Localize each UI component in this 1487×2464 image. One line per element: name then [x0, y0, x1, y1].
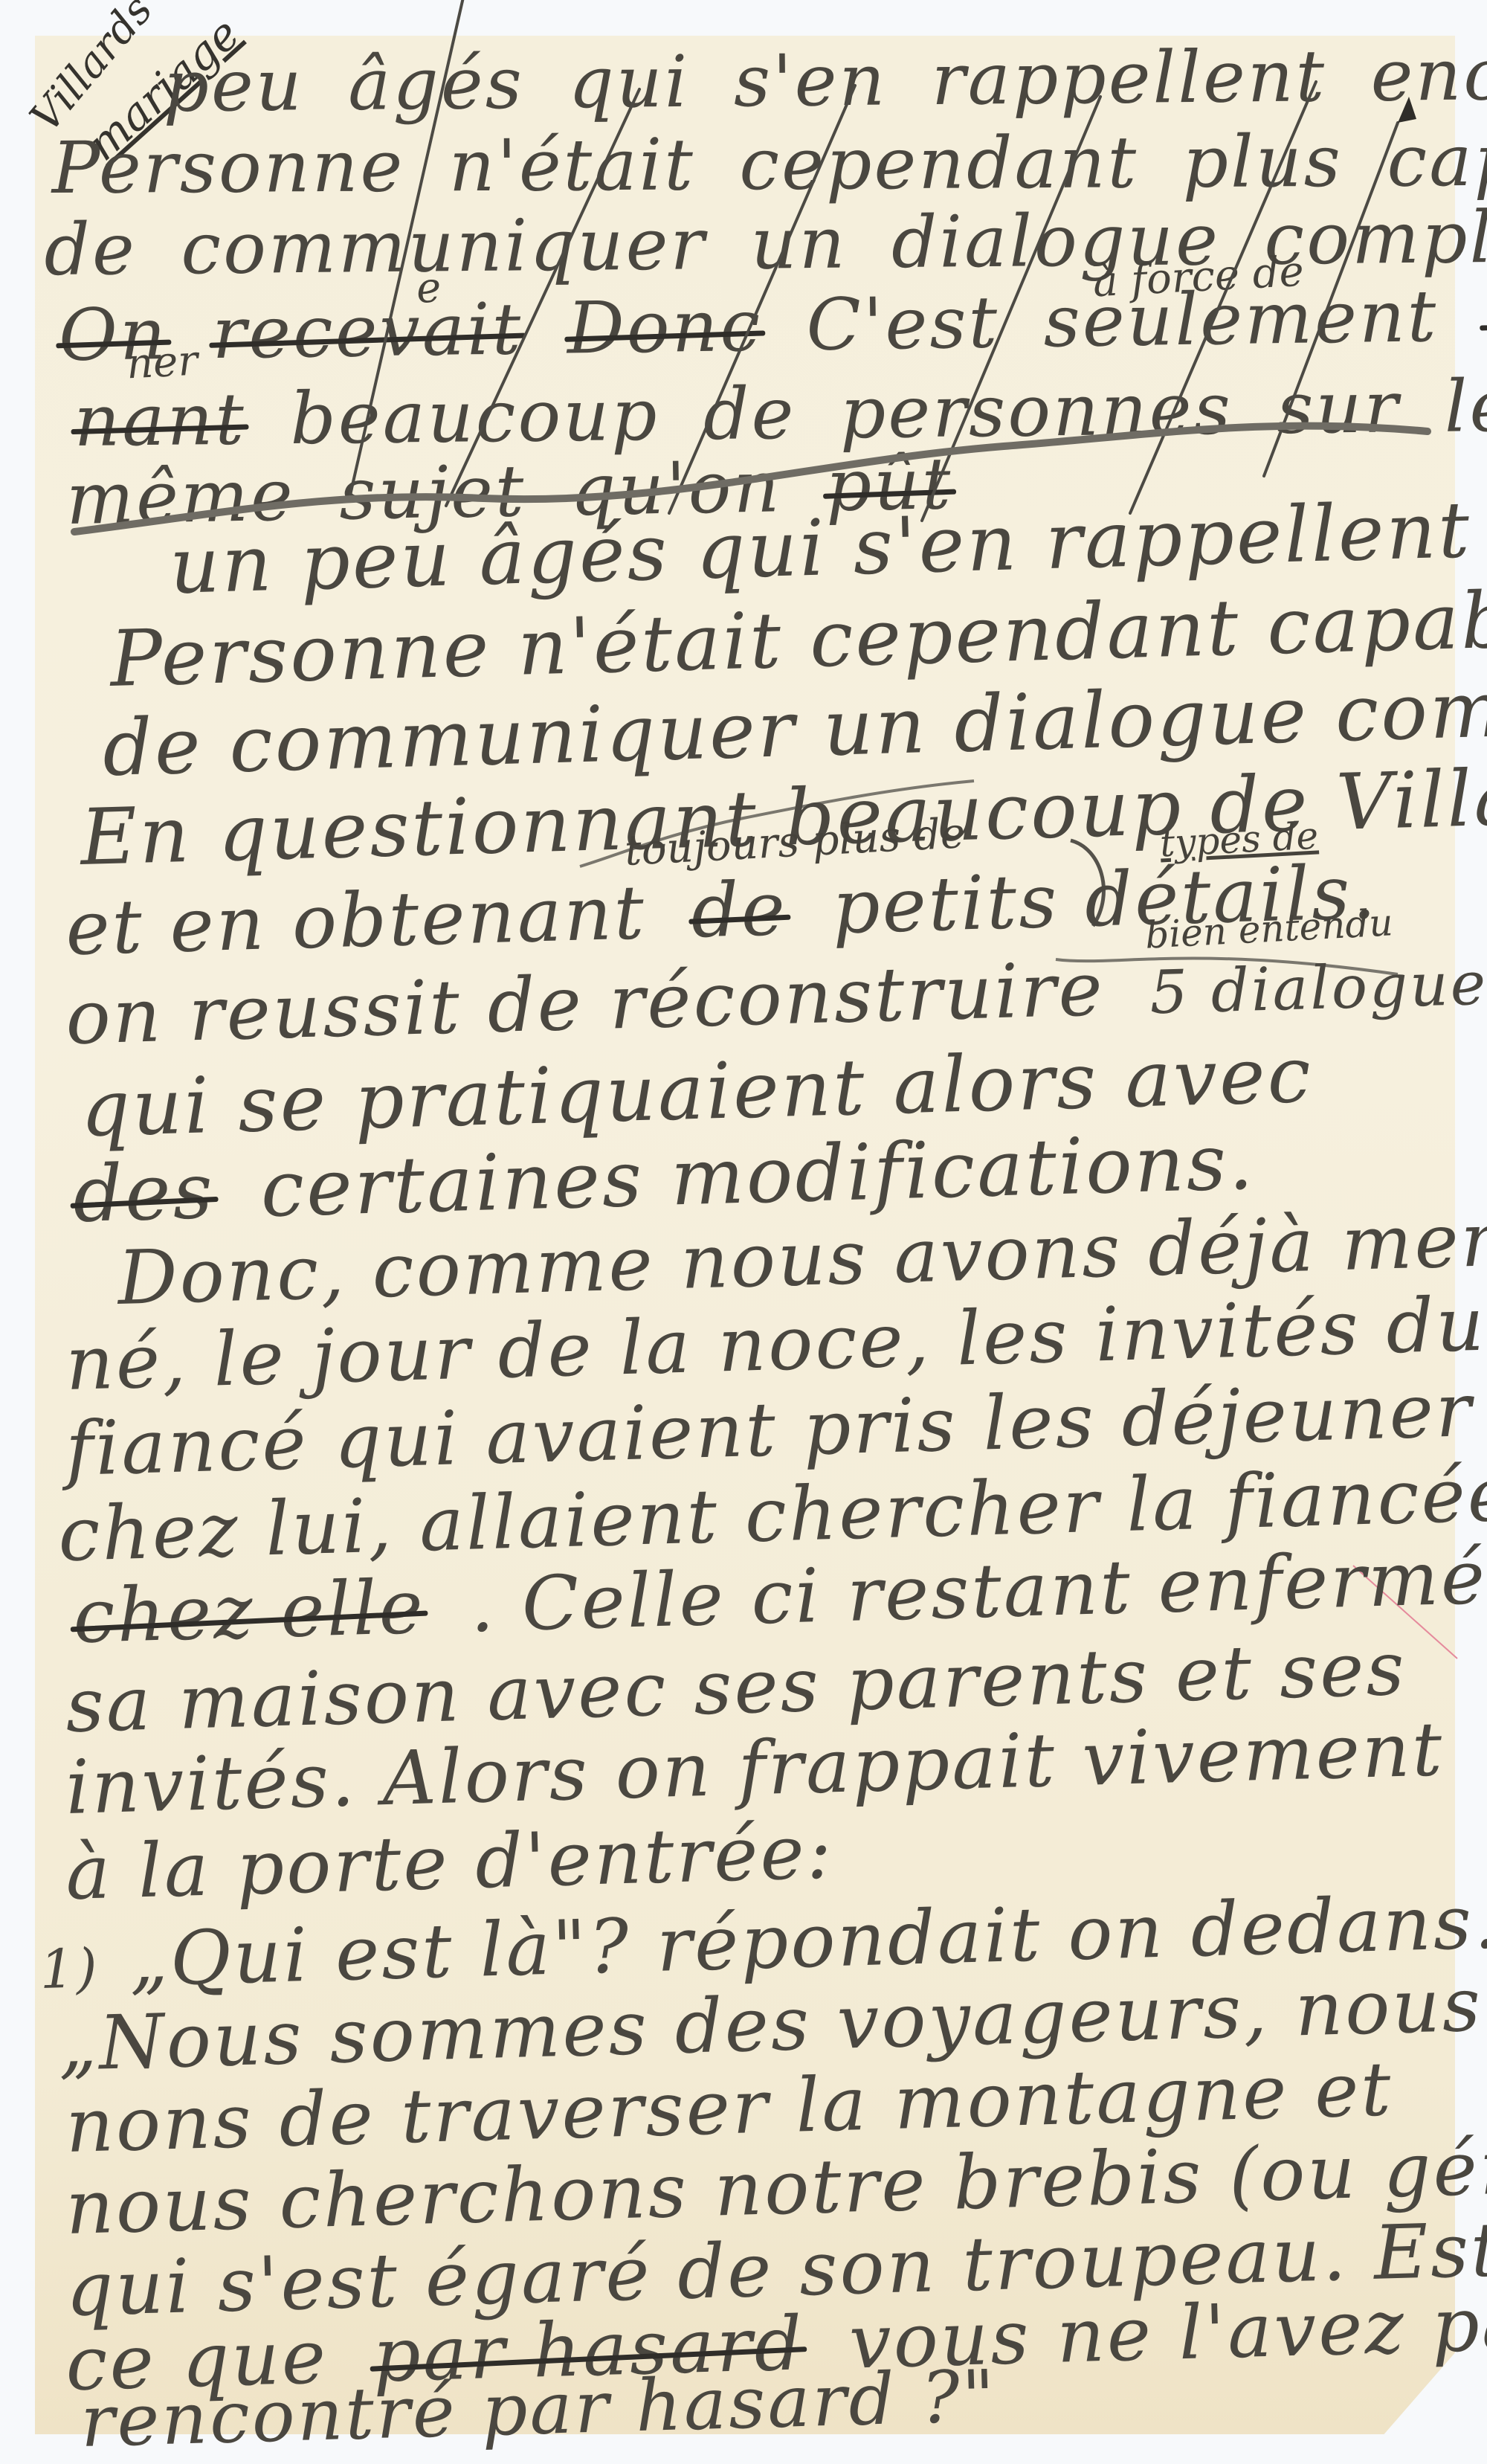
draft-line-2: Personne n'était cependant plus capable — [51, 118, 1487, 210]
draft-line-1: peu âgés qui s'en rappellent encore — [163, 32, 1487, 128]
insert-types-de: types de — [1159, 814, 1320, 865]
